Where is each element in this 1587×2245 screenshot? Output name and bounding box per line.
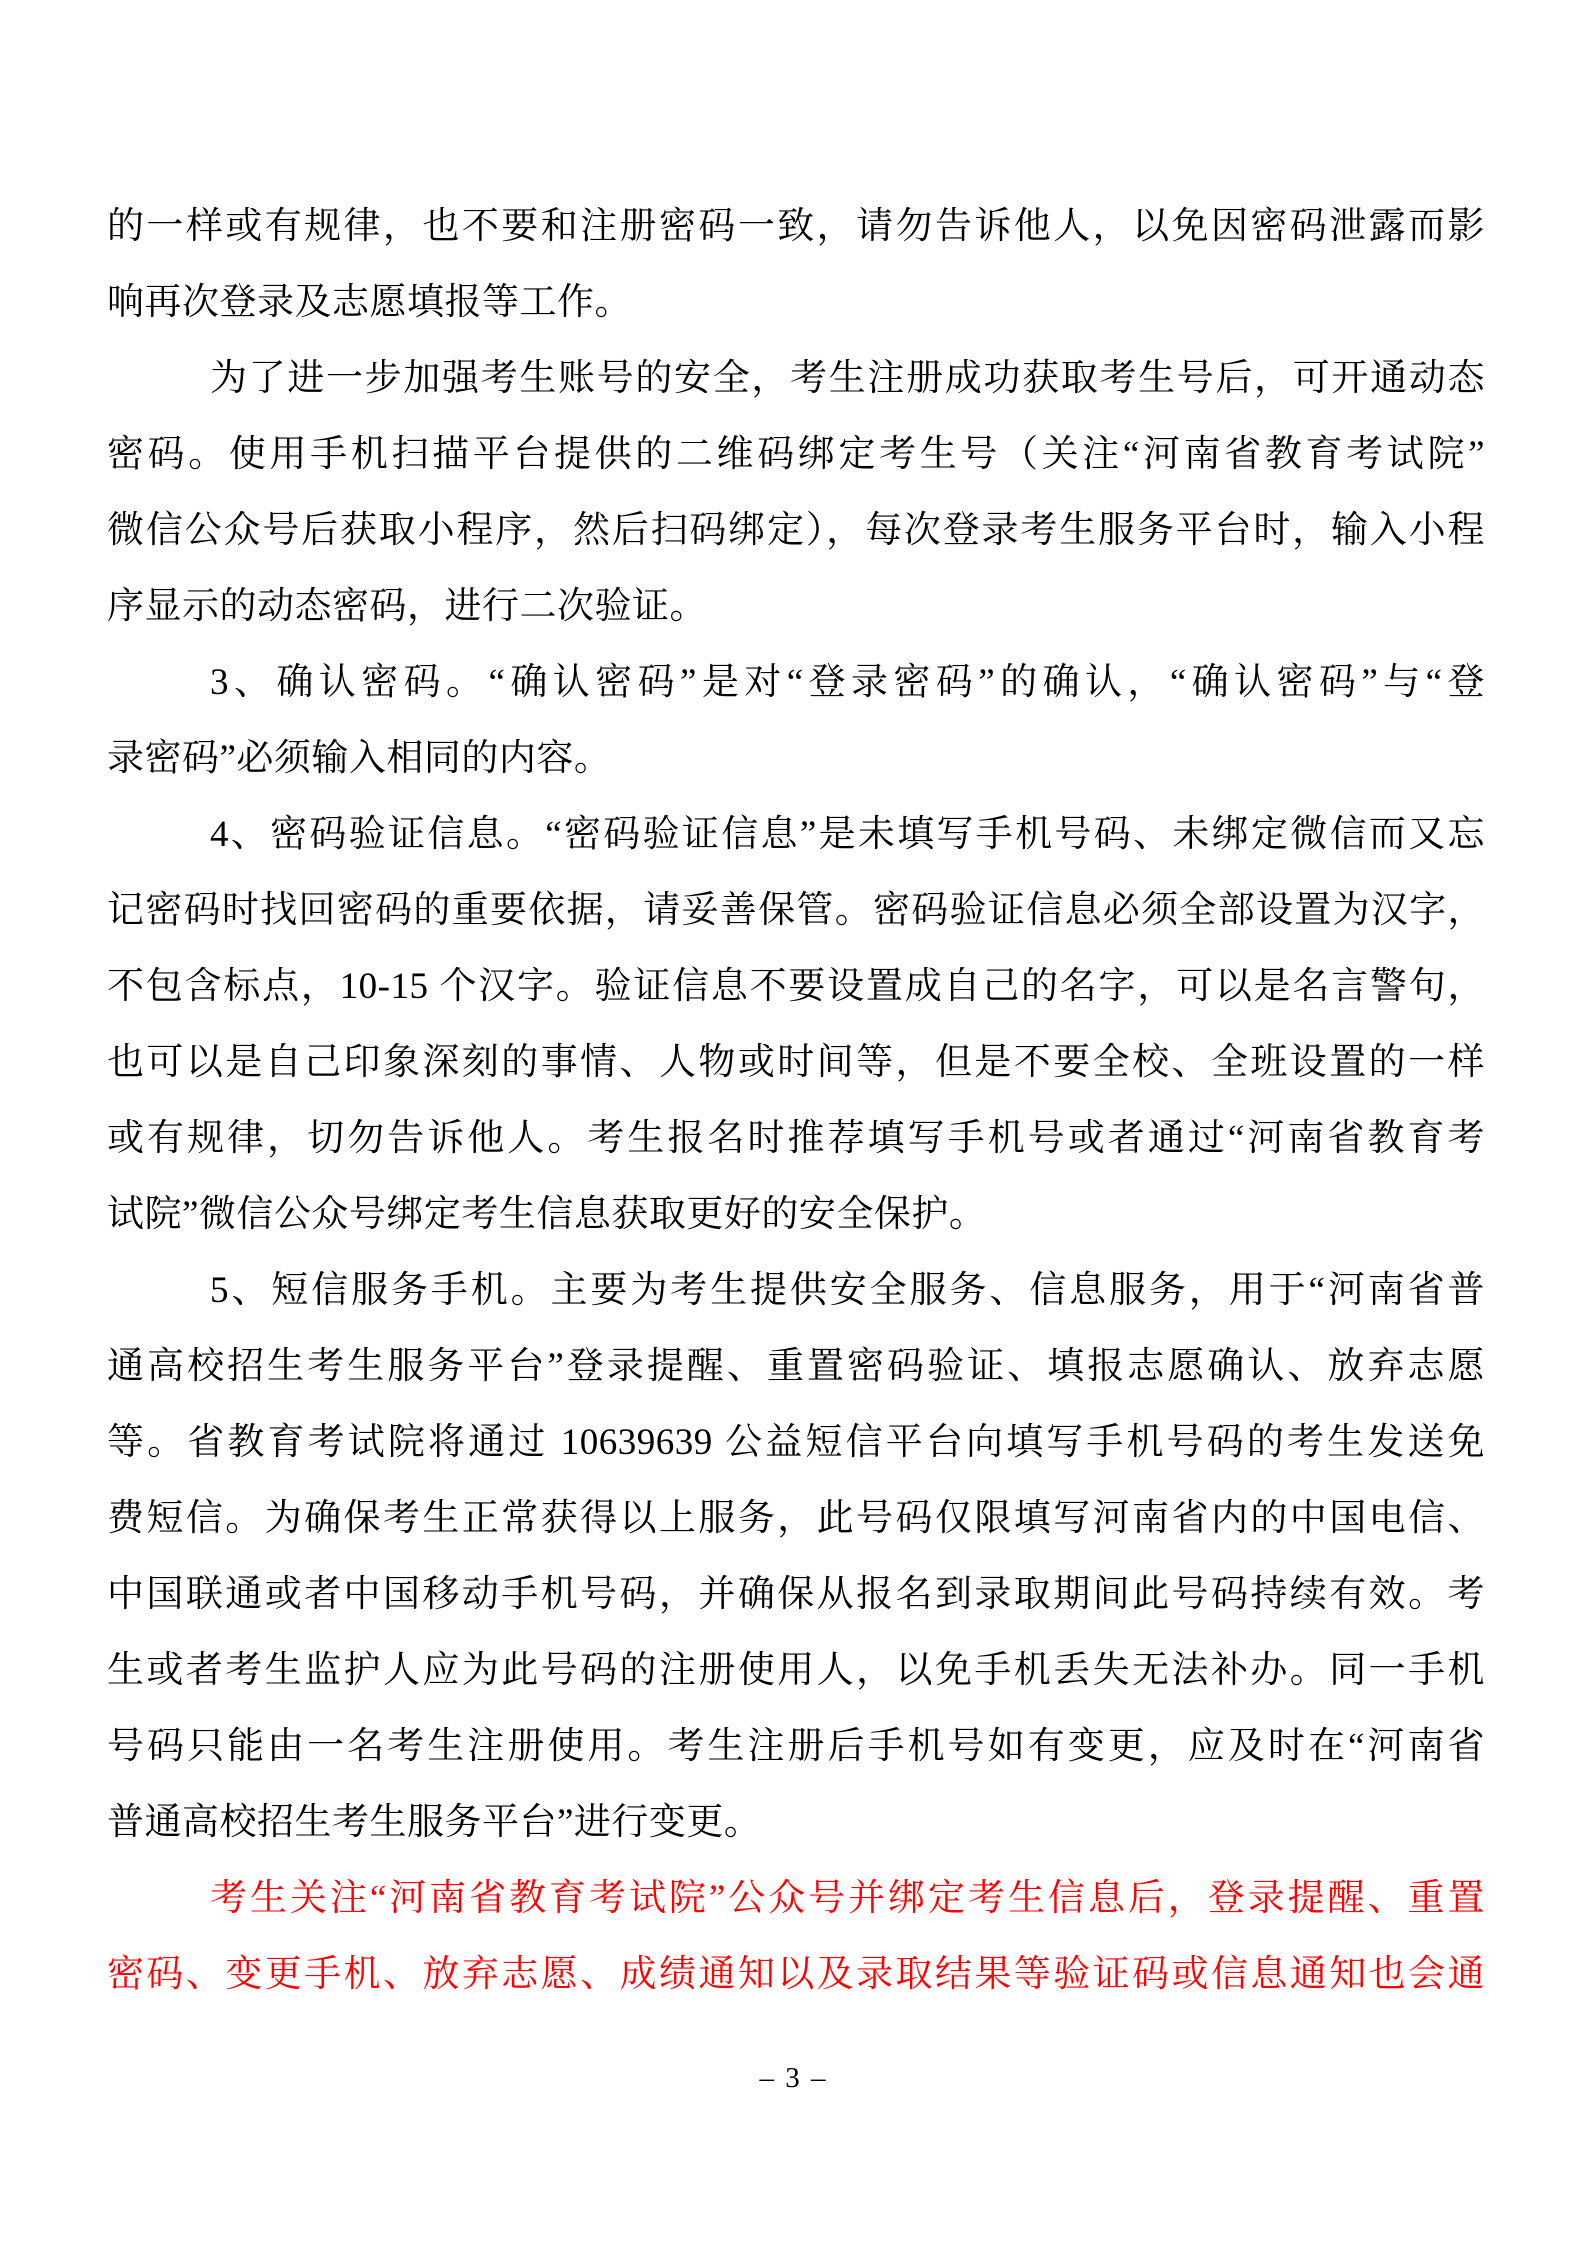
text-line: 试院”微信公众号绑定考生信息获取更好的安全保护。 <box>107 1177 1485 1253</box>
text-line: 或有规律，切勿告诉他人。考生报名时推荐填写手机号或者通过“河南省教育考 <box>107 1101 1485 1177</box>
text-line: 录密码”必须输入相同的内容。 <box>107 721 1485 797</box>
text-line: 费短信。为确保考生正常获得以上服务，此号码仅限填写河南省内的中国电信、 <box>107 1481 1485 1557</box>
text-line: 记密码时找回密码的重要依据，请妥善保管。密码验证信息必须全部设置为汉字， <box>107 873 1485 949</box>
paragraph-6: 考生关注“河南省教育考试院”公众号并绑定考生信息后，登录提醒、重置密码、变更手机… <box>107 1861 1485 2013</box>
page-number: – 3 – <box>0 2058 1587 2098</box>
text-line: 号码只能由一名考生注册使用。考生注册后手机号如有变更，应及时在“河南省 <box>107 1709 1485 1785</box>
paragraph-5: 5、短信服务手机。主要为考生提供安全服务、信息服务，用于“河南省普通高校招生考生… <box>107 1253 1485 1861</box>
text-line: 考生关注“河南省教育考试院”公众号并绑定考生信息后，登录提醒、重置 <box>107 1861 1485 1937</box>
text-line: 普通高校招生考生服务平台”进行变更。 <box>107 1785 1485 1861</box>
text-line: 生或者考生监护人应为此号码的注册使用人，以免手机丢失无法补办。同一手机 <box>107 1633 1485 1709</box>
text-line: 中国联通或者中国移动手机号码，并确保从报名到录取期间此号码持续有效。考 <box>107 1557 1485 1633</box>
text-line: 序显示的动态密码，进行二次验证。 <box>107 569 1485 645</box>
text-line: 等。省教育考试院将通过 10639639 公益短信平台向填写手机号码的考生发送免 <box>107 1405 1485 1481</box>
text-line: 通高校招生考生服务平台”登录提醒、重置密码验证、填报志愿确认、放弃志愿 <box>107 1329 1485 1405</box>
text-line: 响再次登录及志愿填报等工作。 <box>107 265 1485 341</box>
text-line: 也可以是自己印象深刻的事情、人物或时间等，但是不要全校、全班设置的一样 <box>107 1025 1485 1101</box>
text-line: 为了进一步加强考生账号的安全，考生注册成功获取考生号后，可开通动态 <box>107 341 1485 417</box>
paragraph-3: 3、确认密码。“确认密码”是对“登录密码”的确认，“确认密码”与“登录密码”必须… <box>107 645 1485 797</box>
paragraph-1: 的一样或有规律，也不要和注册密码一致，请勿告诉他人，以免因密码泄露而影响再次登录… <box>107 189 1485 341</box>
text-line: 不包含标点，10-15 个汉字。验证信息不要设置成自己的名字，可以是名言警句， <box>107 949 1485 1025</box>
text-line: 密码。使用手机扫描平台提供的二维码绑定考生号（关注“河南省教育考试院” <box>107 417 1485 493</box>
text-line: 5、短信服务手机。主要为考生提供安全服务、信息服务，用于“河南省普 <box>107 1253 1485 1329</box>
page-background: 的一样或有规律，也不要和注册密码一致，请勿告诉他人，以免因密码泄露而影响再次登录… <box>0 0 1587 2245</box>
text-line: 微信公众号后获取小程序，然后扫码绑定），每次登录考生服务平台时，输入小程 <box>107 493 1485 569</box>
document-page: { "document": { "colors": { "black": "#0… <box>0 0 1587 2245</box>
text-line: 密码、变更手机、放弃志愿、成绩通知以及录取结果等验证码或信息通知也会通 <box>107 1937 1485 2013</box>
paragraph-4: 4、密码验证信息。“密码验证信息”是未填写手机号码、未绑定微信而又忘记密码时找回… <box>107 797 1485 1253</box>
text-block: 的一样或有规律，也不要和注册密码一致，请勿告诉他人，以免因密码泄露而影响再次登录… <box>107 189 1485 2013</box>
text-line: 4、密码验证信息。“密码验证信息”是未填写手机号码、未绑定微信而又忘 <box>107 797 1485 873</box>
paragraph-2: 为了进一步加强考生账号的安全，考生注册成功获取考生号后，可开通动态密码。使用手机… <box>107 341 1485 645</box>
text-line: 的一样或有规律，也不要和注册密码一致，请勿告诉他人，以免因密码泄露而影 <box>107 189 1485 265</box>
text-line: 3、确认密码。“确认密码”是对“登录密码”的确认，“确认密码”与“登 <box>107 645 1485 721</box>
